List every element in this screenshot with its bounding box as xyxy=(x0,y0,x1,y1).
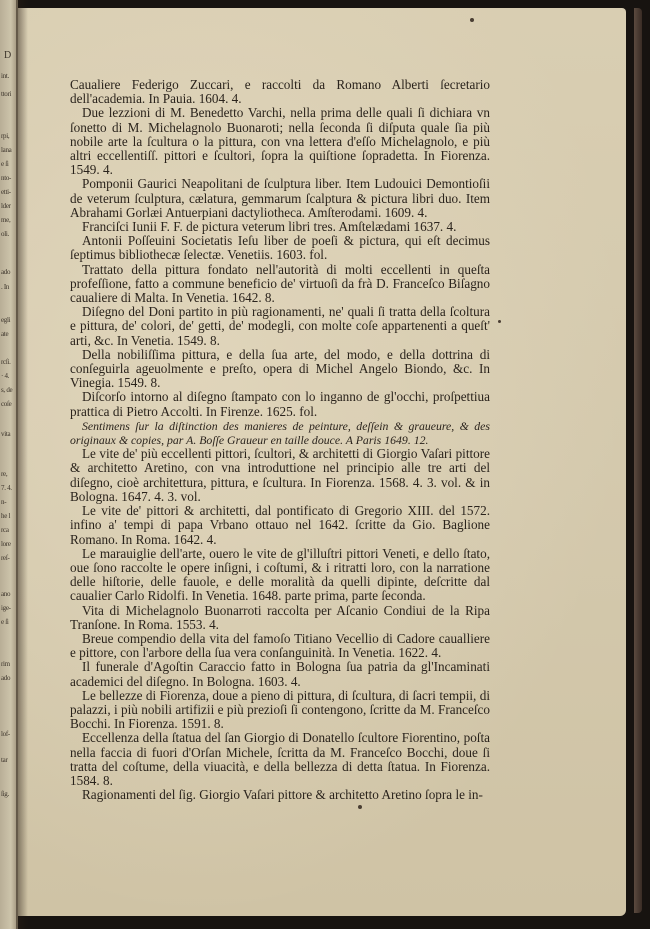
bibliography-entry: Eccellenza della ſtatua del ſan Giorgio … xyxy=(70,731,490,788)
margin-fragment: egli xyxy=(1,316,10,324)
margin-fragment: nto- xyxy=(1,174,11,182)
margin-fragment: . In xyxy=(1,283,9,291)
margin-fragment: ano xyxy=(1,590,10,598)
margin-fragment: ttori xyxy=(1,90,11,98)
margin-fragment: etti- xyxy=(1,188,11,196)
book-page: Caualiere Federigo Zuccari, e raccolti d… xyxy=(18,8,626,916)
bibliography-entry: Ragionamenti del ſig. Giorgio Vaſari pit… xyxy=(70,788,490,802)
margin-fragment: ate xyxy=(1,330,8,338)
bibliography-entry: Pomponii Gaurici Neapolitani de ſculptur… xyxy=(70,177,490,220)
scanned-book-spread: D int. ttori rpi, lana e ſi nto- etti- l… xyxy=(0,0,650,929)
margin-fragment: n- xyxy=(1,498,6,506)
bibliography-entry: Le vite de' pittori & architetti, dal po… xyxy=(70,504,490,547)
margin-fragment: s, de xyxy=(1,386,12,394)
margin-fragment: · 4. xyxy=(1,372,9,380)
margin-fragment: lana xyxy=(1,146,11,154)
bibliography-entry: Il funerale d'Agoſtin Caraccio fatto in … xyxy=(70,660,490,688)
margin-fragment: he l xyxy=(1,512,10,520)
margin-fragment: D xyxy=(4,50,11,61)
bibliography-entry: Franciſci Iunii F. F. de pictura veterum… xyxy=(70,220,490,234)
margin-fragment: e ſi xyxy=(1,618,9,626)
bibliography-entry: Breue compendio della vita del famoſo Ti… xyxy=(70,632,490,660)
margin-fragment: lder xyxy=(1,202,11,210)
bibliography-entry: Diſcorſo intorno al diſegno ſtampato con… xyxy=(70,390,490,418)
margin-fragment: tar xyxy=(1,756,7,764)
margin-fragment: rcſi. xyxy=(1,358,11,366)
bibliography-entry: Le vite de' più eccellenti pittori, ſcul… xyxy=(70,447,490,504)
margin-fragment: rim xyxy=(1,660,10,668)
bibliography-text: Caualiere Federigo Zuccari, e raccolti d… xyxy=(70,78,490,802)
margin-fragment: ado xyxy=(1,674,10,682)
page-edge xyxy=(634,8,642,913)
margin-fragment: int. xyxy=(1,72,9,80)
foxing-spot xyxy=(358,805,362,809)
margin-fragment: reſ- xyxy=(1,554,10,562)
margin-fragment: re, xyxy=(1,470,7,478)
margin-fragment: lof- xyxy=(1,730,10,738)
margin-fragment: coſe xyxy=(1,400,11,408)
margin-fragment: rpi, xyxy=(1,132,9,140)
bibliography-entry: Due lezzioni di M. Benedetto Varchi, nel… xyxy=(70,106,490,177)
margin-fragment: oli. xyxy=(1,230,9,238)
margin-fragment: ſig. xyxy=(1,790,9,798)
bibliography-entry: Della nobiliſſima pittura, e della ſua a… xyxy=(70,348,490,391)
margin-fragment: rca xyxy=(1,526,9,534)
margin-fragment: ado xyxy=(1,268,10,276)
bibliography-entry: Antonii Poſſeuini Societatis Ieſu liber … xyxy=(70,234,490,262)
margin-fragment: 7. 4. xyxy=(1,484,12,492)
margin-fragment: lore xyxy=(1,540,11,548)
foxing-spot xyxy=(470,18,474,22)
gutter-shadow xyxy=(16,0,28,929)
bibliography-entry-french: Sentimens ſur la diſtinction des maniere… xyxy=(70,419,490,447)
margin-fragment: e ſi xyxy=(1,160,9,168)
bibliography-entry: Le marauiglie dell'arte, ouero le vite d… xyxy=(70,547,490,604)
bibliography-entry: Vita di Michelagnolo Buonarroti raccolta… xyxy=(70,604,490,632)
bibliography-entry: Trattato della pittura fondato nell'auto… xyxy=(70,263,490,306)
margin-fragment: me, xyxy=(1,216,10,224)
foxing-spot xyxy=(498,320,501,323)
bibliography-entry: Le bellezze di Fiorenza, doue a pieno di… xyxy=(70,689,490,732)
margin-fragment: ige- xyxy=(1,604,11,612)
margin-fragment: vita xyxy=(1,430,10,438)
bibliography-entry: Caualiere Federigo Zuccari, e raccolti d… xyxy=(70,78,490,106)
bibliography-entry: Diſegno del Doni partito in più ragionam… xyxy=(70,305,490,348)
